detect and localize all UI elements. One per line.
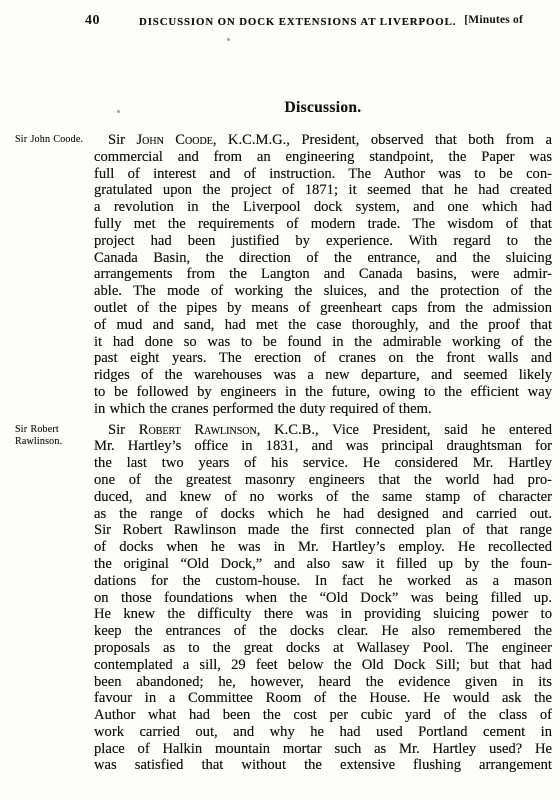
text-line: contemplated a sill, 29 feet below the O…: [94, 657, 552, 674]
section-heading: Discussion.: [94, 99, 552, 117]
running-header-right: [Minutes of: [464, 14, 523, 26]
text-line: gratulated upon the project of 1871; it …: [94, 182, 552, 199]
text-line: been abandoned; he, however, heard the e…: [94, 674, 552, 691]
text-line: the last two years of his service. He co…: [94, 455, 552, 472]
text-line: past eight years. The erection of cranes…: [94, 350, 552, 367]
text-line: He knew the difficulty there was in prov…: [94, 606, 552, 623]
text-line: ridges of the warehouses was a new depar…: [94, 367, 552, 384]
body-text: Sir John Coode.Sir John Coode, K.C.M.G.,…: [94, 132, 552, 774]
page-number: 40: [85, 13, 100, 29]
text-line: in which the cranes performed the duty r…: [94, 401, 552, 418]
text-line: full of interest and of instruction. The…: [94, 166, 552, 183]
text-line: a revolution in the Liverpool dock syste…: [94, 199, 552, 216]
text-line: it had done so was to be found in the ad…: [94, 334, 552, 351]
text-line: Sir Robert Rawlinson made the first conn…: [94, 522, 552, 539]
text-line: the original “Old Dock,” and also saw it…: [94, 556, 552, 573]
text-line: outlet of the pipes by means of greenhea…: [94, 300, 552, 317]
text-line: commercial and from an engineering stand…: [94, 149, 552, 166]
running-title: DISCUSSION ON DOCK EXTENSIONS AT LIVERPO…: [139, 16, 456, 28]
text-line: duced, and knew of no works of the same …: [94, 489, 552, 506]
text-line: project had been justified by experience…: [94, 233, 552, 250]
text-line: was satisfied that without the extensive…: [94, 757, 552, 774]
text-line: dations for the custom-house. In fact he…: [94, 573, 552, 590]
text-line: proposals as to the great docks at Walla…: [94, 640, 552, 657]
text-line: to be followed by engineers in the futur…: [94, 384, 552, 401]
text-line: place of Halkin mountain mortar such as …: [94, 741, 552, 758]
text-line: keep the entrances of the docks clear. H…: [94, 623, 552, 640]
text-line: favour in a Committee Room of the House.…: [94, 690, 552, 707]
margin-note: Sir John Coode.: [15, 134, 92, 147]
book-page: 40 DISCUSSION ON DOCK EXTENSIONS AT LIVE…: [0, 0, 560, 800]
text-line: fully met the requirements of modern tra…: [94, 216, 552, 233]
text-line: of docks when he was in Mr. Hartley’s em…: [94, 539, 552, 556]
ink-speck: [227, 38, 230, 41]
paragraph: Sir John Coode.Sir John Coode, K.C.M.G.,…: [94, 132, 552, 418]
text-line: one of the greatest masonry engineers th…: [94, 472, 552, 489]
running-header: 40 DISCUSSION ON DOCK EXTENSIONS AT LIVE…: [85, 13, 523, 33]
text-line: as the range of docks which he had desig…: [94, 506, 552, 523]
text-segment: , K.C.B., Vice President, said he entere…: [257, 422, 552, 438]
text-line: able. The mode of working the sluices, a…: [94, 283, 552, 300]
text-line: Sir Robert Rawlinson, K.C.B., Vice Presi…: [94, 422, 552, 439]
text-segment: Sir: [108, 132, 137, 148]
speaker-name: Robert Rawlinson: [139, 422, 257, 438]
text-line: Mr. Hartley’s office in 1831, and was pr…: [94, 438, 552, 455]
speaker-name: John Coode: [137, 132, 213, 148]
text-line: work carried out, and why he had used Po…: [94, 724, 552, 741]
text-segment: Sir: [108, 422, 139, 438]
text-line: Author what had been the cost per cubic …: [94, 707, 552, 724]
paragraph: Sir Robert Rawlinson.Sir Robert Rawlinso…: [94, 422, 552, 775]
text-line: on those foundations when the “Old Dock”…: [94, 590, 552, 607]
text-segment: , K.C.M.G., President, observed that bot…: [213, 132, 552, 148]
text-line: Sir John Coode, K.C.M.G., President, obs…: [94, 132, 552, 149]
text-line: Canada Basin, the direction of the entra…: [94, 250, 552, 267]
text-line: of mud and sand, had met the case thorou…: [94, 317, 552, 334]
margin-note: Sir Robert Rawlinson.: [15, 424, 92, 449]
text-line: arrangements from the Langton and Canada…: [94, 266, 552, 283]
